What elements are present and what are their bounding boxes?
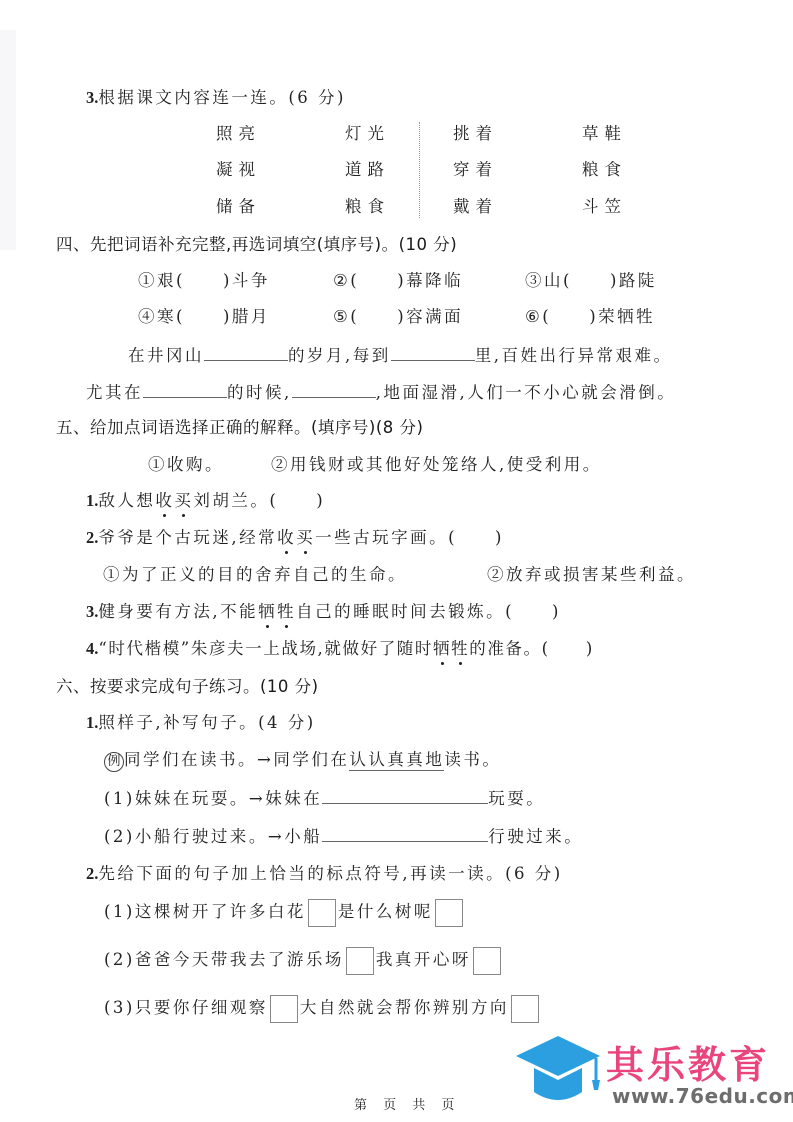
q3-left-b-2[interactable]: 道路 [345, 156, 390, 180]
fill-paragraph-line1: 在井冈山的岁月,每到里,百姓出行异常艰难。 [128, 342, 673, 366]
punct-box[interactable] [473, 947, 501, 975]
punct-box[interactable] [346, 947, 374, 975]
q3-title: 3.根据课文内容连一连。(6 分) [86, 84, 346, 108]
definition-option-2: ②用钱财或其他好处笼络人,使受利用。 [271, 451, 602, 475]
q3-left-b-3[interactable]: 粮食 [345, 193, 390, 217]
sentence-1: (1)妹妹在玩耍。→妹妹在玩耍。 [104, 785, 545, 809]
sentence-2: (2)小船行驶过来。→小船行驶过来。 [104, 823, 583, 847]
example-sentence: 例同学们在读书。→同学们在认认真真地读书。 [104, 746, 501, 772]
q5-item-2[interactable]: 2.爷爷是个古玩迷,经常收买一些古玩字画。( ) [86, 524, 504, 548]
dotted-word: 收买 [277, 528, 315, 547]
graduation-cap-icon [510, 1032, 606, 1112]
dotted-word: 牺牲 [258, 602, 296, 621]
section4-title: 四、先把词语补充完整,再选词填空(填序号)。(10 分) [56, 231, 457, 255]
logo: 其乐教育 www.76edu.com [510, 1028, 793, 1122]
dotted-word: 收买 [155, 491, 193, 510]
definition-option-4: ②放弃或损害某些利益。 [487, 561, 696, 585]
idiom-5[interactable]: ⑤()容满面 [333, 303, 463, 327]
q5-item-1[interactable]: 1.敌人想收买刘胡兰。( ) [86, 487, 325, 511]
q3-left-a-3[interactable]: 储备 [216, 193, 261, 217]
idiom-3[interactable]: ③山()路陡 [525, 267, 657, 291]
fill-paragraph-line2: 尤其在的时候,,地面湿滑,人们一不小心就会滑倒。 [86, 379, 676, 403]
punct-sentence-3: (3)只要你仔细观察大自然就会帮你辨别方向 [104, 994, 541, 1023]
section6-title: 六、按要求完成句子练习。(10 分) [56, 673, 319, 697]
blank-3[interactable] [143, 383, 227, 398]
punct-box[interactable] [308, 899, 336, 927]
punct-box[interactable] [435, 899, 463, 927]
idiom-1[interactable]: ①艰()斗争 [138, 267, 270, 291]
q3-right-a-3[interactable]: 戴着 [453, 193, 498, 217]
punct-sentence-2: (2)爸爸今天带我去了游乐场我真开心呀 [104, 946, 503, 975]
q3-left-a-2[interactable]: 凝视 [216, 156, 261, 180]
sentence-2-blank[interactable] [322, 827, 488, 842]
logo-name: 其乐教育 [606, 1034, 770, 1089]
sentence-1-blank[interactable] [322, 789, 488, 804]
q6-sub2-title: 2.先给下面的句子加上恰当的标点符号,再读一读。(6 分) [86, 860, 563, 884]
q3-dotted-divider [419, 122, 420, 218]
example-badge: 例 [104, 752, 124, 772]
q3-right-b-3[interactable]: 斗笠 [582, 193, 627, 217]
section5-title: 五、给加点词语选择正确的解释。(填序号)(8 分) [56, 414, 424, 438]
page-footer: 第 页 共 页 [354, 1094, 460, 1113]
punct-box[interactable] [270, 995, 298, 1023]
blank-4[interactable] [292, 383, 376, 398]
q3-right-a-1[interactable]: 挑着 [453, 120, 498, 144]
idiom-4[interactable]: ④寒()腊月 [138, 303, 270, 327]
scan-edge-strip [0, 30, 16, 250]
blank-2[interactable] [391, 346, 475, 361]
q3-left-a-1[interactable]: 照亮 [216, 120, 261, 144]
q5-item-4[interactable]: 4.“时代楷模”朱彦夫一上战场,就做好了随时牺牲的准备。( ) [86, 635, 594, 659]
q3-left-b-1[interactable]: 灯光 [345, 120, 390, 144]
q6-sub1-title: 1.照样子,补写句子。(4 分) [86, 709, 316, 733]
punct-sentence-1: (1)这棵树开了许多白花是什么树呢 [104, 898, 465, 927]
idiom-2[interactable]: ②()幕降临 [333, 267, 463, 291]
dotted-word: 牺牲 [433, 639, 469, 658]
definition-option-3: ①为了正义的目的舍弃自己的生命。 [103, 561, 407, 585]
idiom-6[interactable]: ⑥()荣牺牲 [525, 303, 655, 327]
q5-item-3[interactable]: 3.健身要有方法,不能牺牲自己的睡眠时间去锻炼。( ) [86, 598, 561, 622]
blank-1[interactable] [204, 346, 288, 361]
q3-number: 3. [86, 88, 98, 107]
logo-url: www.76edu.com [612, 1084, 793, 1108]
q3-right-b-1[interactable]: 草鞋 [582, 120, 627, 144]
q3-right-a-2[interactable]: 穿着 [453, 156, 498, 180]
definition-option-1: ①收购。 [148, 451, 224, 475]
q3-right-b-2[interactable]: 粮食 [582, 156, 627, 180]
punct-box[interactable] [511, 995, 539, 1023]
